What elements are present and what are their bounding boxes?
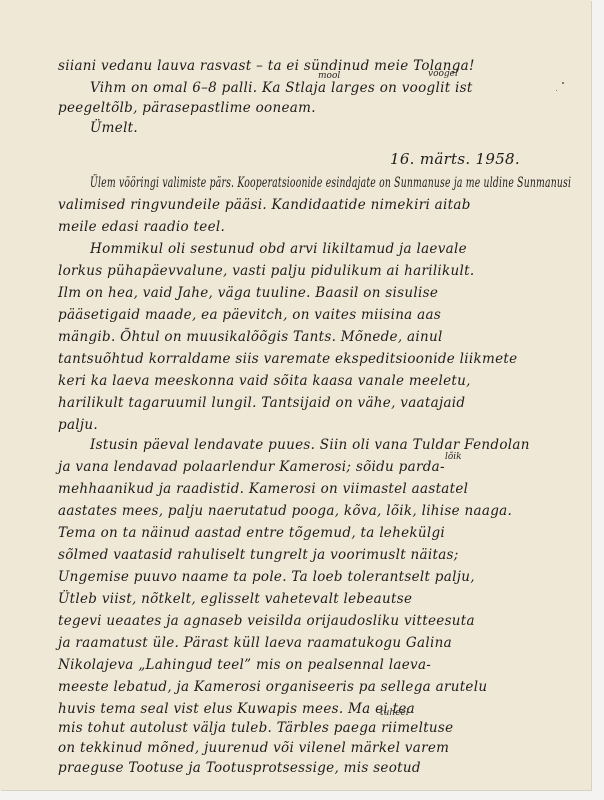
text-line: lorkus pühapäevvalune, vasti palju pidul…: [58, 263, 474, 279]
text-line: meile edasi raadio teel.: [58, 219, 225, 235]
text-line: Tema on ta näinud aastad entre tõgemud, …: [58, 525, 445, 541]
text-line: Vihm on omal 6–8 palli. Ka Stlaja larges…: [90, 80, 473, 96]
text-line: huvis tema seal vist elus Kuwapis mees. …: [58, 701, 415, 717]
text-line: Ungemise puuvo naame ta pole. Ta loeb to…: [58, 569, 475, 585]
insertion: lõik: [445, 452, 462, 462]
text-line: Hommikul oli sestunud obd arvi likiltamu…: [90, 241, 467, 257]
insertion: voogel: [428, 69, 458, 79]
text-line: praeguse Tootuse ja Tootusprotsessige, m…: [58, 760, 421, 776]
insertion: tuheel: [380, 708, 409, 718]
text-line: tegevi ueaates ja agnaseb veisilda orija…: [58, 613, 475, 629]
text-line: palju.: [58, 417, 98, 433]
text-line: Ütleb viist, nõtkelt, eglisselt vaheteva…: [58, 591, 412, 607]
text-line: keri ka laeva meeskonna vaid sõita kaasa…: [58, 373, 471, 389]
text-line: Ilm on hea, vaid Jahe, väga tuuline. Baa…: [58, 285, 438, 301]
text-line: peegeltõlb, pärasepastlime ooneam.: [58, 100, 316, 116]
text-line: Istusin päeval lendavate puues. Siin oli…: [90, 437, 530, 453]
text-line: sõlmed vaatasid rahuliselt tungrelt ja v…: [58, 547, 459, 563]
text-line: Ülem vööringi valimiste pärs. Kooperatsi…: [90, 175, 571, 191]
text-line: mehhaanikud ja raadistid. Kamerosi on vi…: [58, 481, 468, 497]
text-line: siiani vedanu lauva rasvast – ta ei sünd…: [58, 58, 475, 74]
text-line: harilikult tagaruumil lungil. Tantsijaid…: [58, 395, 465, 411]
text-line: ja vana lendavad polaarlendur Kamerosi; …: [58, 459, 445, 475]
text-line: valimised ringvundeile pääsi. Kandidaati…: [58, 197, 471, 213]
paper-speck: [562, 82, 564, 84]
text-line: on tekkinud mõned, juurenud või vilenel …: [58, 740, 449, 756]
text-line: mis tohut autolust välja tuleb. Tärbles …: [58, 720, 453, 736]
text-line: Nikolajeva „Lahingud teel” mis on pealse…: [58, 657, 431, 673]
text-line: meeste lebatud, ja Kamerosi organiseeris…: [58, 679, 487, 695]
text-line: aastates mees, palju naerutatud pooga, k…: [58, 503, 512, 519]
letter-date: 16. märts. 1958.: [390, 150, 520, 168]
letter-page: siiani vedanu lauva rasvast – ta ei sünd…: [0, 0, 591, 790]
text-line: mängib. Õhtul on muusikalõõgis Tants. Mõ…: [58, 329, 443, 345]
text-line: pääsetigaid maade, ea päevitch, on vaite…: [58, 307, 441, 323]
text-line: ja raamatust üle. Pärast küll laeva raam…: [58, 635, 452, 651]
paper-speck: [556, 90, 557, 91]
text-line: tantsuõhtud korraldame siis varemate eks…: [58, 351, 517, 367]
signature: Ümelt.: [90, 120, 138, 136]
